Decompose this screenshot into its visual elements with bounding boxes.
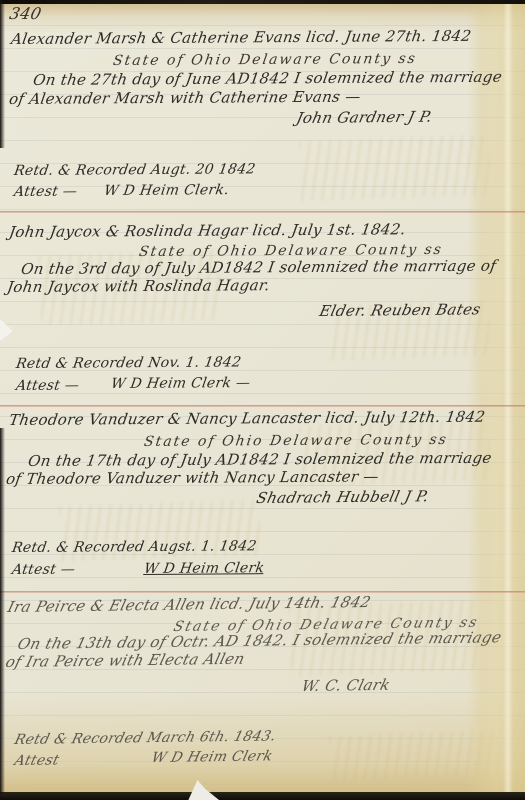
entry-separator-line bbox=[0, 211, 525, 213]
solemnization-line-2: of Ira Peirce with Electa Allen bbox=[4, 652, 246, 670]
state-county-line: State of Ohio Delaware County ss bbox=[112, 52, 418, 68]
page-gloss-highlight bbox=[503, 3, 513, 795]
ledger-page: 340 Alexander Marsh & Catherine Evans li… bbox=[0, 3, 525, 795]
page-number: 340 bbox=[8, 6, 43, 22]
attest-label: Attest — bbox=[15, 379, 80, 393]
entry-separator-line bbox=[0, 405, 525, 407]
officiant-signature: Shadrach Hubbell J P. bbox=[255, 489, 430, 506]
officiant-signature: John Gardner J P. bbox=[295, 110, 434, 126]
recorded-line: Retd & Recorded March 6th. 1843. bbox=[13, 729, 278, 747]
solemnization-line-1: On the 27th day of June AD1842 I solemni… bbox=[32, 70, 503, 88]
officiant-signature: W. C. Clark bbox=[300, 678, 392, 694]
clerk-signature: W D Heim Clerk. bbox=[103, 183, 230, 198]
recorded-line: Retd & Recorded Nov. 1. 1842 bbox=[15, 355, 242, 371]
solemnization-line-1: On the 17th day of July AD1842 I solemni… bbox=[27, 451, 493, 469]
attest-label: Attest bbox=[13, 753, 61, 768]
attest-label: Attest — bbox=[11, 563, 76, 577]
page-edge-strip bbox=[467, 3, 525, 795]
attest-label: Attest — bbox=[13, 185, 78, 199]
clerk-signature: W D Heim Clerk — bbox=[110, 376, 251, 391]
solemnization-line-2: of Alexander Marsh with Catherine Evans … bbox=[8, 90, 362, 107]
officiant-signature: Elder. Reuben Bates bbox=[318, 302, 482, 319]
ink-bleed-artifact bbox=[299, 135, 491, 202]
solemnization-line-1: On the 3rd day of July AD1842 I solemniz… bbox=[20, 259, 497, 277]
clerk-signature: W D Heim Clerk bbox=[150, 749, 274, 765]
clerk-signature: W D Heim Clerk bbox=[143, 561, 265, 576]
book-edge-left bbox=[0, 0, 5, 148]
entry-heading: Theodore Vanduzer & Nancy Lancaster licd… bbox=[8, 410, 486, 428]
book-edge-bottom bbox=[0, 792, 525, 800]
recorded-line: Retd. & Recorded Augt. 20 1842 bbox=[13, 162, 257, 178]
recorded-line: Retd. & Recorded Augst. 1. 1842 bbox=[11, 539, 258, 555]
solemnization-line-2: John Jaycox with Roslinda Hagar. bbox=[6, 278, 271, 295]
solemnization-line-2: of Theodore Vanduzer with Nancy Lancaste… bbox=[5, 469, 380, 487]
state-county-line: State of Ohio Delaware County ss bbox=[143, 433, 449, 449]
book-edge-left bbox=[0, 428, 5, 794]
book-edge-top bbox=[0, 0, 525, 4]
entry-heading: John Jaycox & Roslinda Hagar licd. July … bbox=[8, 222, 407, 240]
paper-tab-left bbox=[0, 319, 13, 341]
entry-heading: Alexander Marsh & Catherine Evans licd. … bbox=[10, 29, 472, 47]
entry-separator-line bbox=[0, 591, 525, 593]
